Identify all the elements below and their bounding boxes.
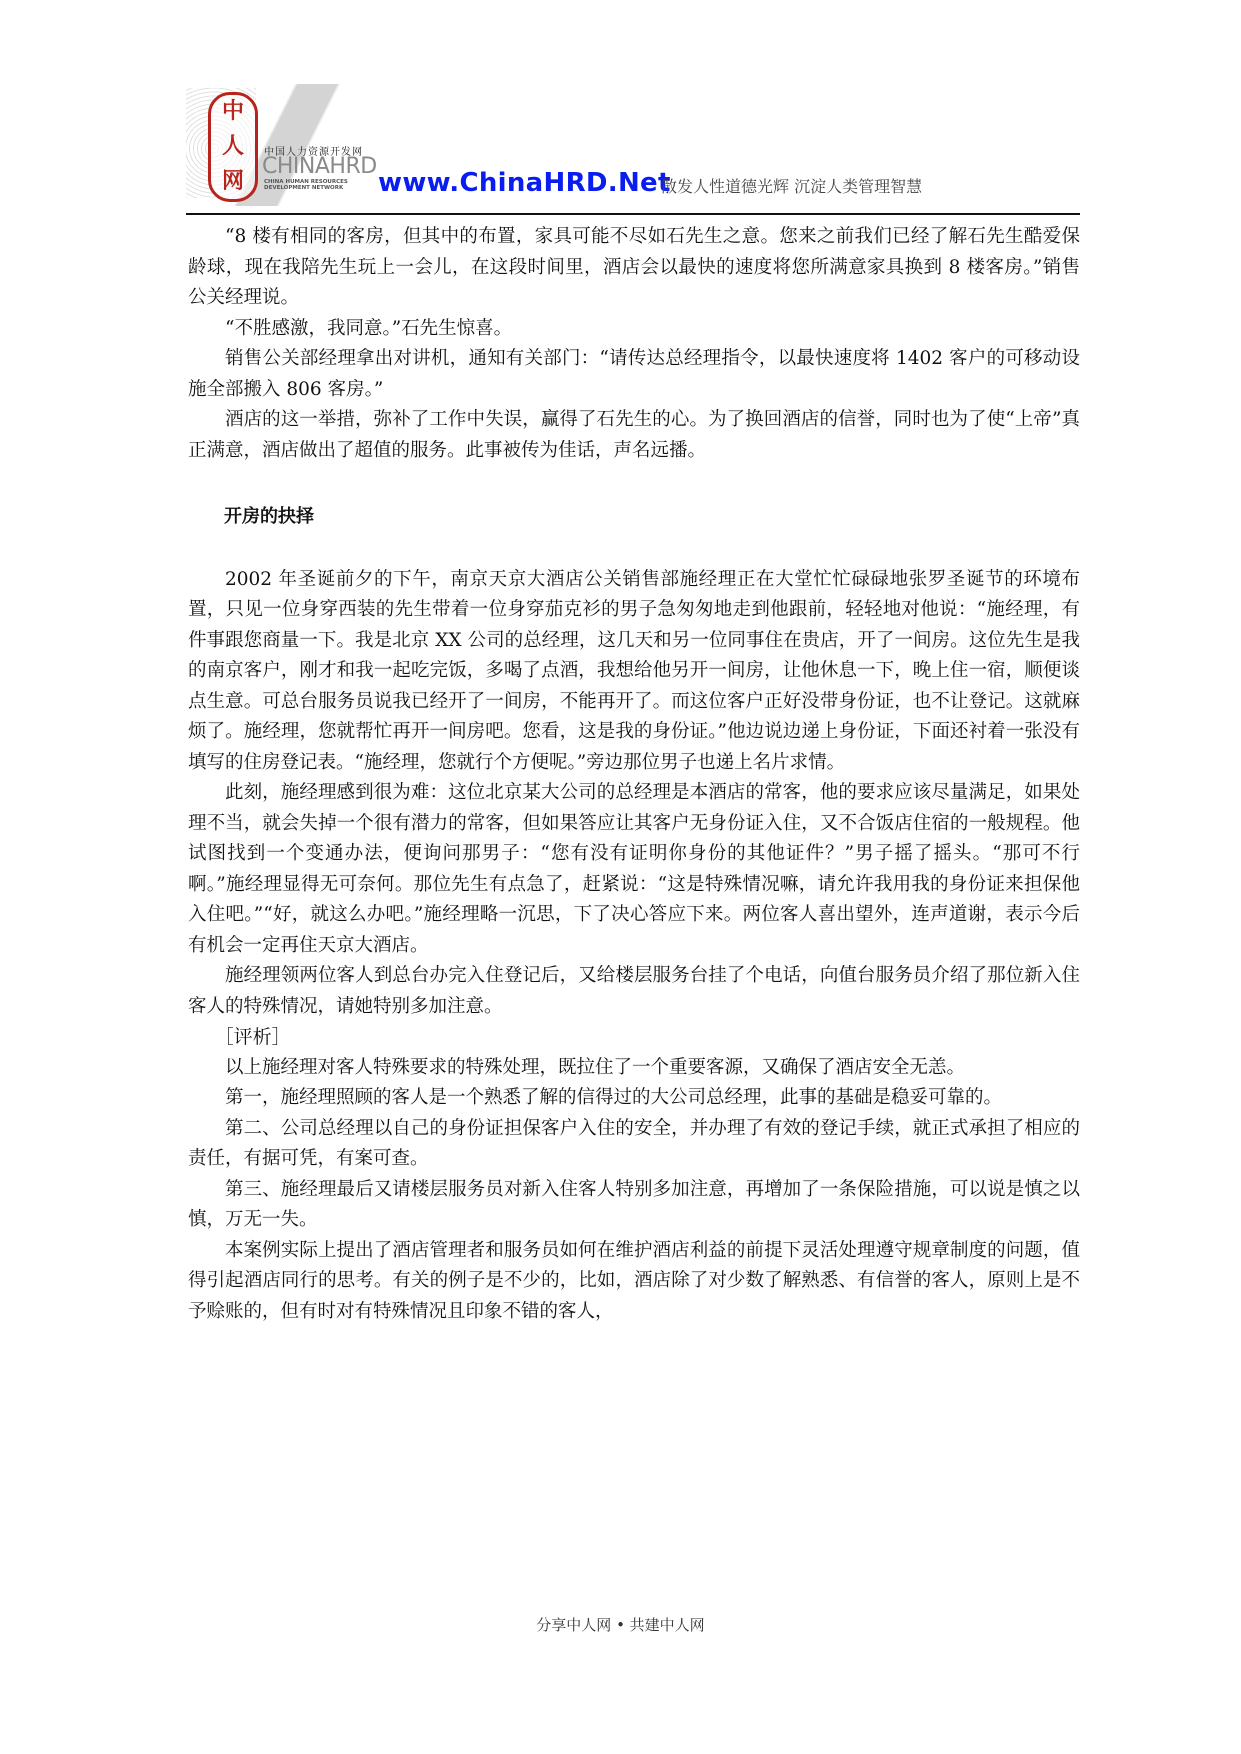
paragraph: “8 楼有相同的客房，但其中的布置，家具可能不尽如石先生之意。您来之前我们已经了…: [188, 222, 1080, 314]
seal-icon: 中 人 网: [208, 92, 258, 202]
paragraph: 酒店的这一举措，弥补了工作中失误，赢得了石先生的心。为了换回酒店的信誉，同时也为…: [188, 405, 1080, 466]
paragraph: 第三、施经理最后又请楼层服务员对新入住客人特别多加注意，再增加了一条保险措施，可…: [188, 1175, 1080, 1236]
paragraph: “不胜感激，我同意。”石先生惊喜。: [188, 314, 1080, 345]
paragraph: 销售公关部经理拿出对讲机，通知有关部门：“请传达总经理指令，以最快速度将 140…: [188, 344, 1080, 405]
paragraph: 2002 年圣诞前夕的下午，南京天京大酒店公关销售部施经理正在大堂忙忙碌碌地张罗…: [188, 565, 1080, 779]
paragraph: 第二、公司总经理以自己的身份证担保客户入住的安全，并办理了有效的登记手续，就正式…: [188, 1114, 1080, 1175]
site-slogan: 散发人性道德光辉 沉淀人类管理智慧: [661, 174, 922, 197]
paragraph: 施经理领两位客人到总台办完入住登记后，又给楼层服务台挂了个电话，向值台服务员介绍…: [188, 961, 1080, 1022]
document-body: “8 楼有相同的客房，但其中的布置，家具可能不尽如石先生之意。您来之前我们已经了…: [188, 222, 1080, 1327]
seal-char: 人: [222, 136, 244, 158]
logo-en-subtitle: CHINA HUMAN RESOURCES DEVELOPMENT NETWOR…: [264, 179, 348, 191]
page-header: 中 人 网 中国人力资源开发网 CHINAHRD CHINA HUMAN RES…: [186, 84, 1082, 212]
page-footer: 分享中人网 • 共建中人网: [0, 1614, 1241, 1635]
paragraph: 此刻，施经理感到很为难：这位北京某大公司的总经理是本酒店的常客，他的要求应该尽量…: [188, 778, 1080, 961]
site-url-link[interactable]: www.ChinaHRD.Net: [378, 168, 671, 198]
header-divider: [186, 213, 1080, 215]
logo-en-brand: CHINAHRD: [262, 154, 377, 179]
chinahrd-logo[interactable]: 中 人 网 中国人力资源开发网 CHINAHRD CHINA HUMAN RES…: [186, 84, 401, 206]
analysis-label: ［评析］: [188, 1022, 1080, 1053]
seal-char: 网: [222, 171, 244, 193]
paragraph: 本案例实际上提出了酒店管理者和服务员如何在维护酒店利益的前提下灵活处理遵守规章制…: [188, 1236, 1080, 1328]
section-title: 开房的抉择: [188, 502, 1080, 533]
paragraph: 以上施经理对客人特殊要求的特殊处理，既拉住了一个重要客源，又确保了酒店安全无恙。: [188, 1053, 1080, 1084]
logo-en-sub-line2: DEVELOPMENT NETWORK: [264, 185, 348, 191]
seal-char: 中: [222, 101, 244, 123]
paragraph: 第一，施经理照顾的客人是一个熟悉了解的信得过的大公司总经理，此事的基础是稳妥可靠…: [188, 1083, 1080, 1114]
